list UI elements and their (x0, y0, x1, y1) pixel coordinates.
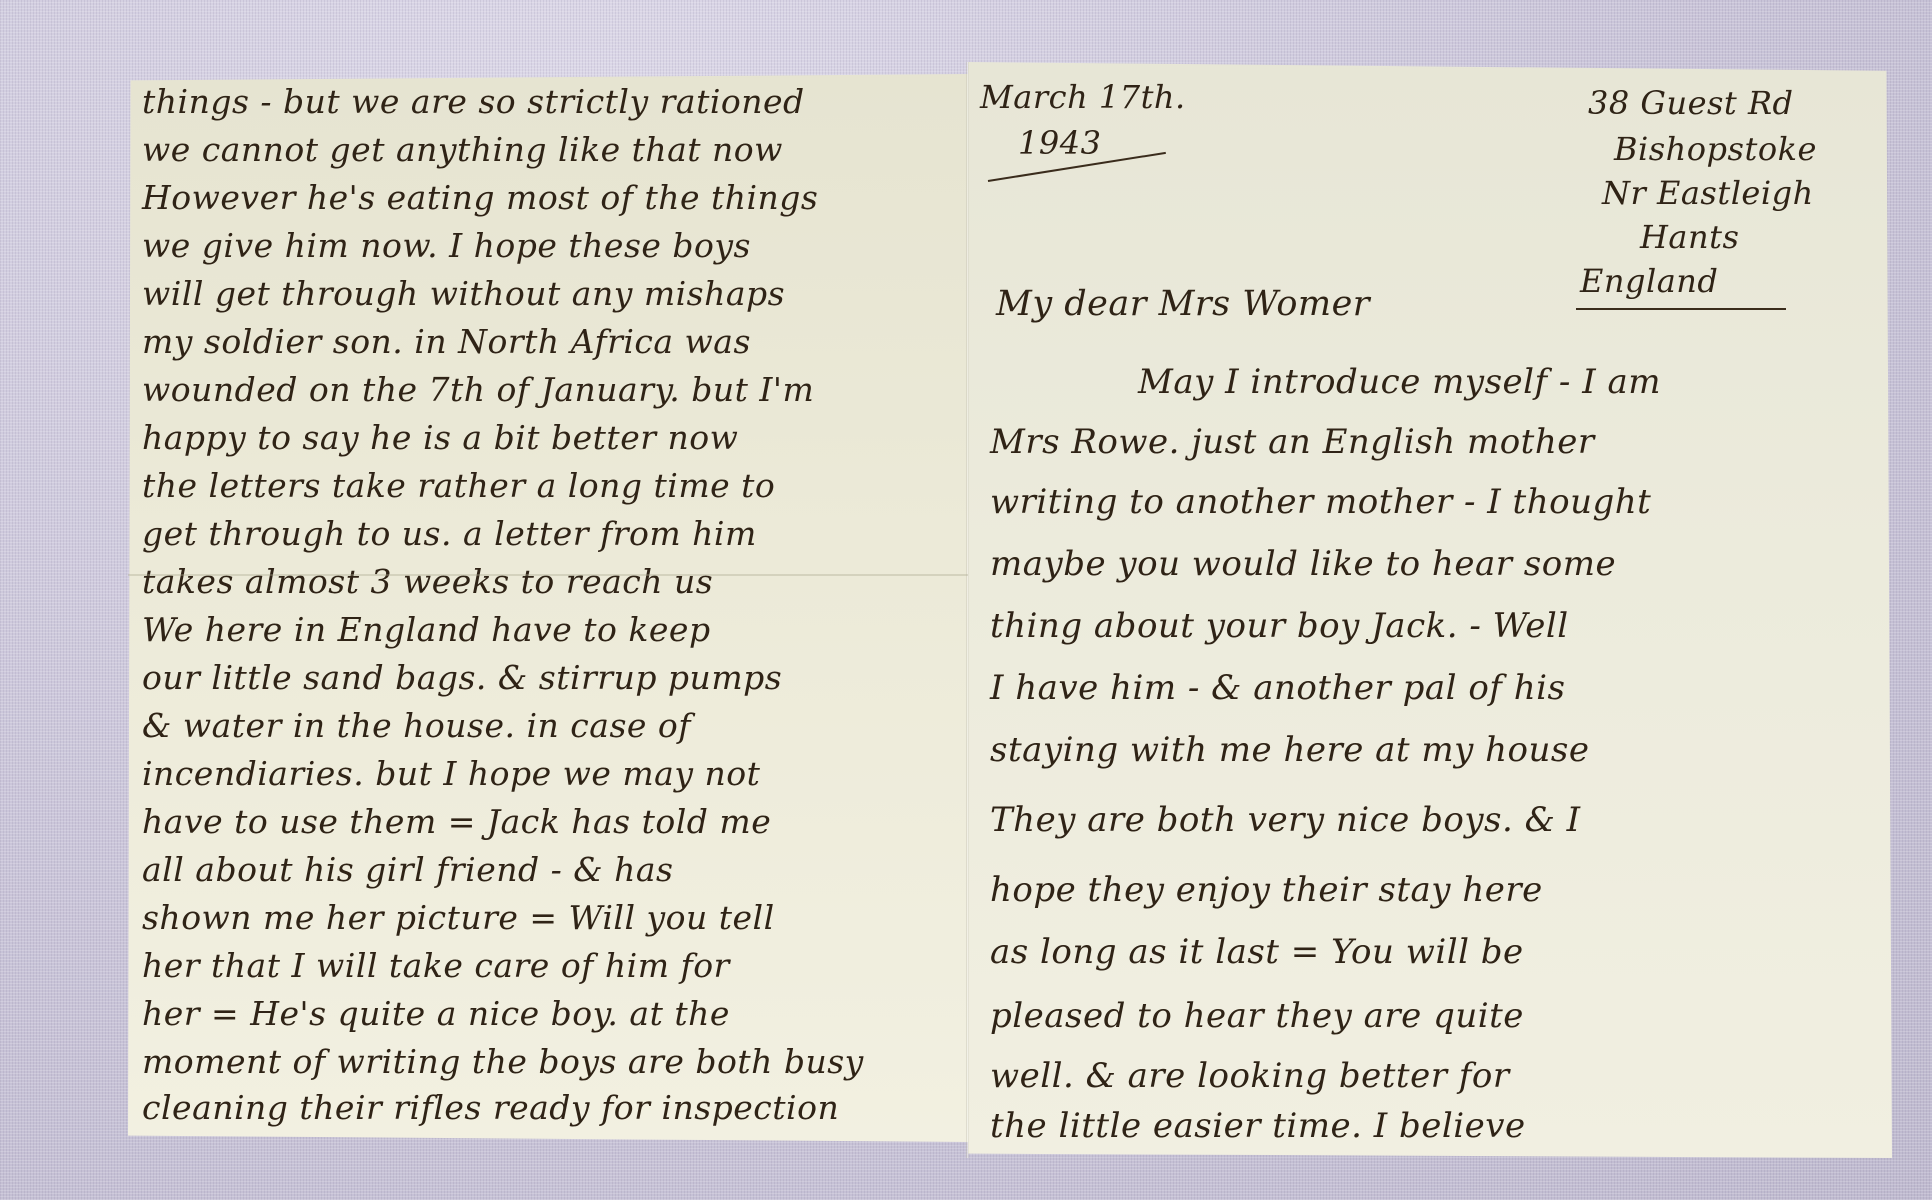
letter-line: things - but we are so strictly rationed (142, 82, 805, 121)
letter-line: hope they enjoy their stay here (990, 870, 1543, 910)
address-underline (1576, 308, 1786, 310)
letter-line: Mrs Rowe. just an English mother (990, 422, 1595, 462)
letter-line: her that I will take care of him for (142, 946, 730, 985)
letter-line: maybe you would like to hear some (990, 544, 1616, 584)
letter-line: We here in England have to keep (142, 610, 711, 649)
letter-line: pleased to hear they are quite (990, 996, 1524, 1036)
letter-line: we give him now. I hope these boys (142, 226, 751, 265)
date-day: March 17th. (980, 78, 1186, 116)
letter-line: the little easier time. I believe (990, 1106, 1526, 1146)
salutation: My dear Mrs Womer (996, 284, 1370, 324)
letter-line: we cannot get anything like that now (142, 130, 783, 169)
date-year: 1943 (1018, 124, 1101, 162)
letter-page-left: things - but we are so strictly rationed… (128, 74, 968, 1142)
address-line: Hants (1640, 218, 1739, 256)
letter-line: wounded on the 7th of January. but I'm (142, 370, 814, 409)
letter-line: well. & are looking better for (990, 1056, 1510, 1096)
address-line: England (1580, 262, 1718, 300)
address-line: Bishopstoke (1614, 130, 1817, 168)
letter-line: & water in the house. in case of (142, 706, 691, 745)
letter-line: the letters take rather a long time to (142, 466, 775, 505)
letter-line: as long as it last = You will be (990, 932, 1524, 972)
letter-line: will get through without any mishaps (142, 274, 785, 313)
letter-line: I have him - & another pal of his (990, 668, 1565, 708)
letter-line: have to use them = Jack has told me (142, 802, 771, 841)
address-line: Nr Eastleigh (1602, 174, 1814, 212)
letter-page-right: March 17th. 1943 38 Guest Rd Bishopstoke… (968, 62, 1892, 1158)
letter-line: writing to another mother - I thought (990, 482, 1651, 522)
letter-line: all about his girl friend - & has (142, 850, 673, 889)
letter-line: our little sand bags. & stirrup pumps (142, 658, 782, 697)
address-line: 38 Guest Rd (1588, 84, 1794, 122)
letter-line: staying with me here at my house (990, 730, 1589, 770)
letter-line: shown me her picture = Will you tell (142, 898, 775, 937)
letter-line: happy to say he is a bit better now (142, 418, 738, 457)
horizontal-fold (128, 574, 968, 576)
letter-line: They are both very nice boys. & I (990, 800, 1581, 840)
center-fold (966, 62, 969, 1158)
letter-line: takes almost 3 weeks to reach us (142, 562, 713, 601)
letter-line: her = He's quite a nice boy. at the (142, 994, 730, 1033)
letter-line: moment of writing the boys are both busy (142, 1042, 864, 1081)
letter-line: get through to us. a letter from him (142, 514, 757, 553)
letter-line: However he's eating most of the things (142, 178, 818, 217)
letter-line: cleaning their rifles ready for inspecti… (142, 1088, 839, 1127)
letter-line: my soldier son. in North Africa was (142, 322, 751, 361)
letter-line: May I introduce myself - I am (1138, 362, 1661, 402)
letter-line: incendiaries. but I hope we may not (142, 754, 760, 793)
letter-line: thing about your boy Jack. - Well (990, 606, 1569, 646)
